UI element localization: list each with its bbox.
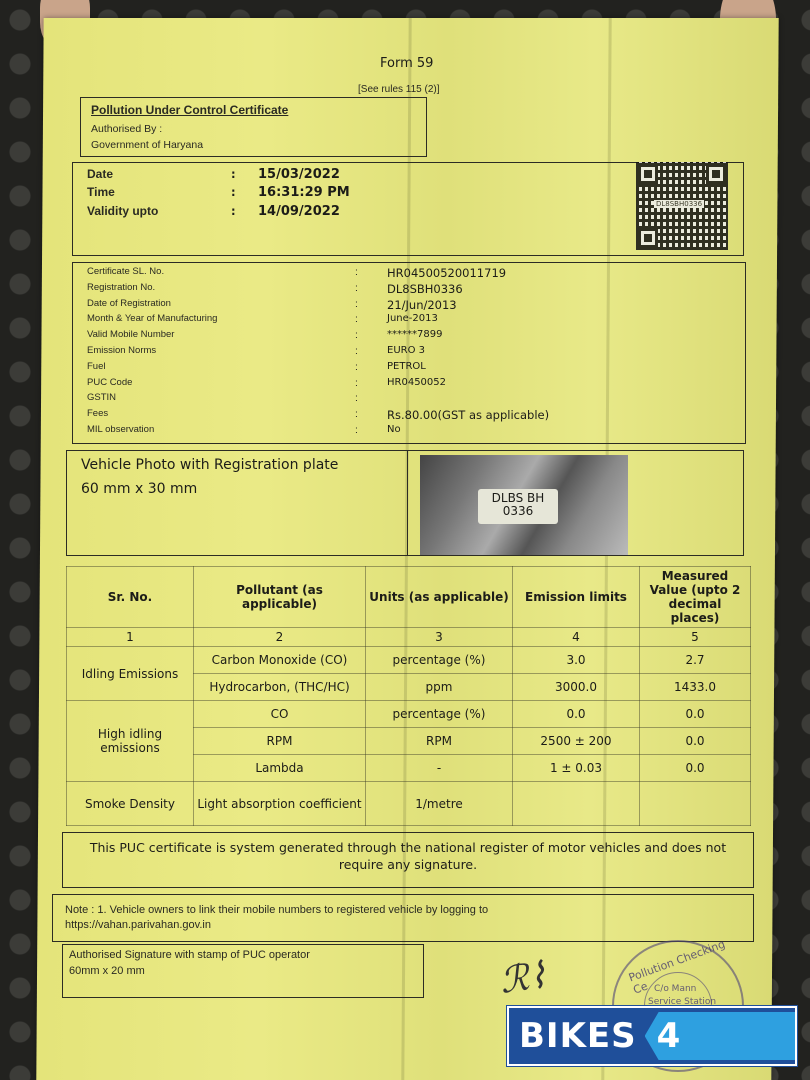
qr-code: DL8SBH0336 (636, 162, 728, 250)
cell-measured: 1433.0 (640, 674, 751, 701)
date-label: Date (87, 167, 113, 181)
cell-unit: RPM (366, 728, 513, 755)
logo-text-4sale: 4 SALE (645, 1012, 795, 1060)
col-header: Units (as applicable) (366, 567, 513, 628)
detail-value: HR0450052 (387, 377, 446, 388)
qr-finder (706, 164, 726, 184)
detail-label: GSTIN (87, 392, 116, 403)
registration-plate: DLBS BH 0336 (478, 489, 558, 524)
issue-time: 16:31:29 PM (258, 185, 350, 200)
cell-pollutant: CO (194, 701, 366, 728)
col-header: Sr. No. (67, 567, 194, 628)
cell-pollutant: Carbon Monoxide (CO) (194, 647, 366, 674)
qr-finder (638, 164, 658, 184)
detail-label: Certificate SL. No. (87, 266, 164, 277)
cell-limit: 3000.0 (513, 674, 640, 701)
detail-label: MIL observation (87, 424, 154, 435)
detail-value: Rs.80.00(GST as applicable) (387, 408, 549, 422)
photo-label: Vehicle Photo with Registration plate (81, 457, 338, 473)
detail-value: June-2013 (387, 313, 438, 324)
system-note-box: This PUC certificate is system generated… (62, 832, 754, 888)
authorised-by-label: Authorised By : (91, 123, 162, 135)
column-number-row: 1 2 3 4 5 (67, 628, 751, 647)
issue-date: 15/03/2022 (258, 167, 340, 182)
emissions-table: Sr. No. Pollutant (as applicable) Units … (66, 566, 751, 826)
system-generated-note: This PUC certificate is system generated… (73, 839, 743, 873)
form-number: Form 59 (380, 56, 433, 71)
signature-label: Authorised Signature with stamp of PUC o… (69, 949, 310, 961)
cell-unit: percentage (%) (366, 647, 513, 674)
bikes4sale-watermark-logo: BIKES 4 SALE (507, 1006, 797, 1066)
detail-value: ******7899 (387, 329, 442, 340)
table-row: Idling EmissionsCarbon Monoxide (CO)perc… (67, 647, 751, 674)
cell-unit: - (366, 755, 513, 782)
validity-date: 14/09/2022 (258, 204, 340, 219)
detail-label: Valid Mobile Number (87, 329, 174, 340)
cell-pollutant: Hydrocarbon, (THC/HC) (194, 674, 366, 701)
cell-limit: 0.0 (513, 701, 640, 728)
detail-value: DL8SBH0336 (387, 282, 463, 296)
cell-unit: 1/metre (366, 782, 513, 826)
cell-limit: 2500 ± 200 (513, 728, 640, 755)
emission-group: Idling Emissions (67, 647, 194, 701)
detail-value: HR0450052​0011719 (387, 266, 506, 280)
mobile-link-note: Note : 1. Vehicle owners to link their m… (65, 903, 573, 933)
cell-unit: ppm (366, 674, 513, 701)
detail-label: PUC Code (87, 377, 132, 388)
detail-label: Fuel (87, 361, 105, 372)
cell-limit (513, 782, 640, 826)
vehicle-details-box: Certificate SL. No.:HR0450052​0011719Reg… (72, 262, 746, 444)
detail-value: No (387, 424, 401, 435)
col-header: Emission limits (513, 567, 640, 628)
qr-finder (638, 228, 658, 248)
col-header: Measured Value (upto 2 decimal places) (640, 567, 751, 628)
emission-group: Smoke Density (67, 782, 194, 826)
rule-reference: [See rules 115 (2)] (358, 84, 440, 95)
emission-group: High idling emissions (67, 701, 194, 782)
logo-text-bikes: BIKES (509, 1016, 637, 1056)
photo-size: 60 mm x 30 mm (81, 481, 197, 497)
detail-label: Date of Registration (87, 298, 171, 309)
cell-pollutant: Lambda (194, 755, 366, 782)
detail-label: Emission Norms (87, 345, 156, 356)
authority-box: Pollution Under Control Certificate Auth… (80, 97, 427, 157)
detail-label: Fees (87, 408, 108, 419)
cell-unit: percentage (%) (366, 701, 513, 728)
table-header-row: Sr. No. Pollutant (as applicable) Units … (67, 567, 751, 628)
note-box: Note : 1. Vehicle owners to link their m… (52, 894, 754, 942)
vehicle-photo-box: Vehicle Photo with Registration plate 60… (66, 450, 744, 556)
table-row: High idling emissionsCOpercentage (%)0.0… (67, 701, 751, 728)
col-header: Pollutant (as applicable) (194, 567, 366, 628)
table-row: Smoke DensityLight absorption coefficien… (67, 782, 751, 826)
detail-label: Month & Year of Manufacturing (87, 313, 217, 324)
stamp-line1: C/o Mann (654, 984, 696, 994)
cell-measured (640, 782, 751, 826)
detail-value: EURO 3 (387, 345, 425, 356)
signature-box: Authorised Signature with stamp of PUC o… (62, 944, 424, 998)
cell-measured: 0.0 (640, 728, 751, 755)
cell-pollutant: Light absorption coefficient (194, 782, 366, 826)
handwritten-signature: ℛ⌇ (497, 955, 549, 1002)
detail-label: Registration No. (87, 282, 155, 293)
validity-label: Validity upto (87, 204, 158, 218)
time-label: Time (87, 185, 115, 199)
cell-measured: 0.0 (640, 701, 751, 728)
detail-value: PETROL (387, 361, 426, 372)
authority-name: Government of Haryana (91, 139, 203, 151)
qr-label: DL8SBH0336 (654, 200, 704, 208)
cell-limit: 3.0 (513, 647, 640, 674)
cell-pollutant: RPM (194, 728, 366, 755)
signature-size: 60mm x 20 mm (69, 965, 145, 977)
cell-limit: 1 ± 0.03 (513, 755, 640, 782)
vehicle-photo: DLBS BH 0336 (420, 455, 628, 555)
detail-value: 21/Jun/2013 (387, 298, 457, 312)
cell-measured: 0.0 (640, 755, 751, 782)
plate-line2: 0336 (478, 505, 558, 518)
cell-measured: 2.7 (640, 647, 751, 674)
certificate-title: Pollution Under Control Certificate (91, 103, 288, 117)
